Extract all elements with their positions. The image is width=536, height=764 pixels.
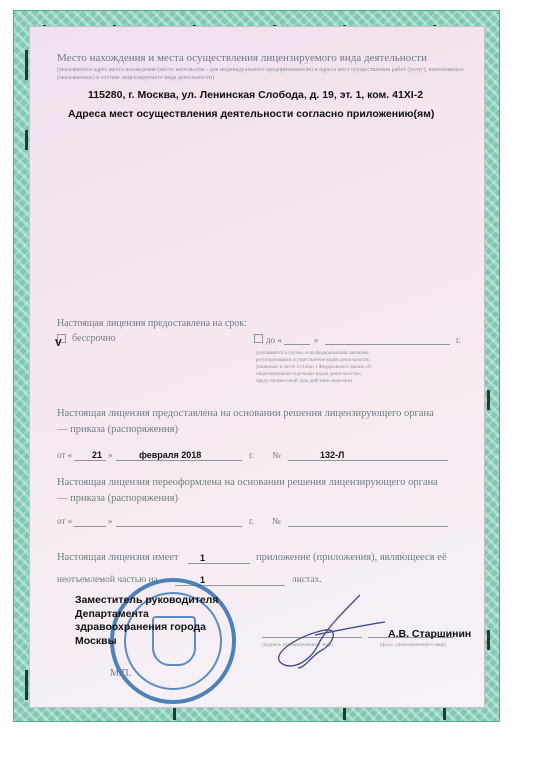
location-heading: Место нахождения и места осуществления л… [57,52,497,65]
reissued-text-line1: Настоящая лицензия переоформлена на осно… [57,477,438,488]
term-label: Настоящая лицензия предоставлена на срок… [57,318,247,329]
appendix-line1-suffix: приложение (приложения), являющееся её [256,552,447,563]
address: 115280, г. Москва, ул. Ленинская Слобода… [88,89,423,101]
until-prefix: до « [266,335,282,345]
position-line2: Департамента [75,608,218,622]
granted-month-year: февраля 2018 [139,450,201,460]
granted-number-label: № [272,450,281,460]
location-heading-text: Место нахождения и места осуществления л… [57,52,427,64]
reissued-quote-close: » [108,516,113,526]
addresses-per-appendix: Адреса мест осуществления деятельности с… [68,108,434,120]
granted-year-suffix: г. [249,450,254,460]
granted-text-line1: Настоящая лицензия предоставлена на осно… [57,408,434,419]
appendix-line1-prefix: Настоящая лицензия имеет [57,552,179,563]
granted-day-line [74,460,106,461]
appendix-count: 1 [200,553,205,563]
reissued-number-field[interactable] [288,526,448,527]
reissued-number-label: № [272,516,281,526]
granted-text-line2: — приказа (распоряжения) [57,424,178,435]
signatory-position: Заместитель руководителя Департамента зд… [75,594,218,648]
appendix-line2-prefix: неотъемлемой частью на [57,575,158,585]
position-line1: Заместитель руководителя [75,594,218,608]
reissued-day-field[interactable] [74,526,106,527]
until-note: (указывается в случае, если федеральными… [256,350,386,385]
position-line3: здравоохранения города [75,621,218,635]
reissued-from-label: от « [57,516,72,526]
granted-number: 132-Л [320,450,344,460]
seal-label: М.П. [110,668,131,679]
granted-month-line [116,460,242,461]
location-note: (указываются адрес места нахождения (мес… [57,66,487,82]
granted-quote-close: » [108,450,113,460]
reissued-year-suffix: г. [249,516,254,526]
appendix-count-line [188,563,250,564]
granted-day: 21 [92,450,102,460]
reissued-text-line2: — приказа (распоряжения) [57,493,178,504]
until-checkbox[interactable] [254,334,263,343]
position-line4: Москвы [75,635,218,649]
reissued-month-field[interactable] [116,526,242,527]
signatory-name: А.В. Старшинин [388,628,471,640]
indefinite-check-mark: V [55,338,62,349]
indefinite-label: бессрочно [72,333,116,344]
until-suffix: г. [456,335,461,345]
signature [270,590,400,675]
granted-from-label: от « [57,450,72,460]
appendix-line2-suffix: листах. [292,575,322,585]
until-month-field[interactable] [325,344,450,345]
until-mid: » [314,335,319,345]
granted-number-line [288,460,448,461]
until-day-field[interactable] [284,344,310,345]
